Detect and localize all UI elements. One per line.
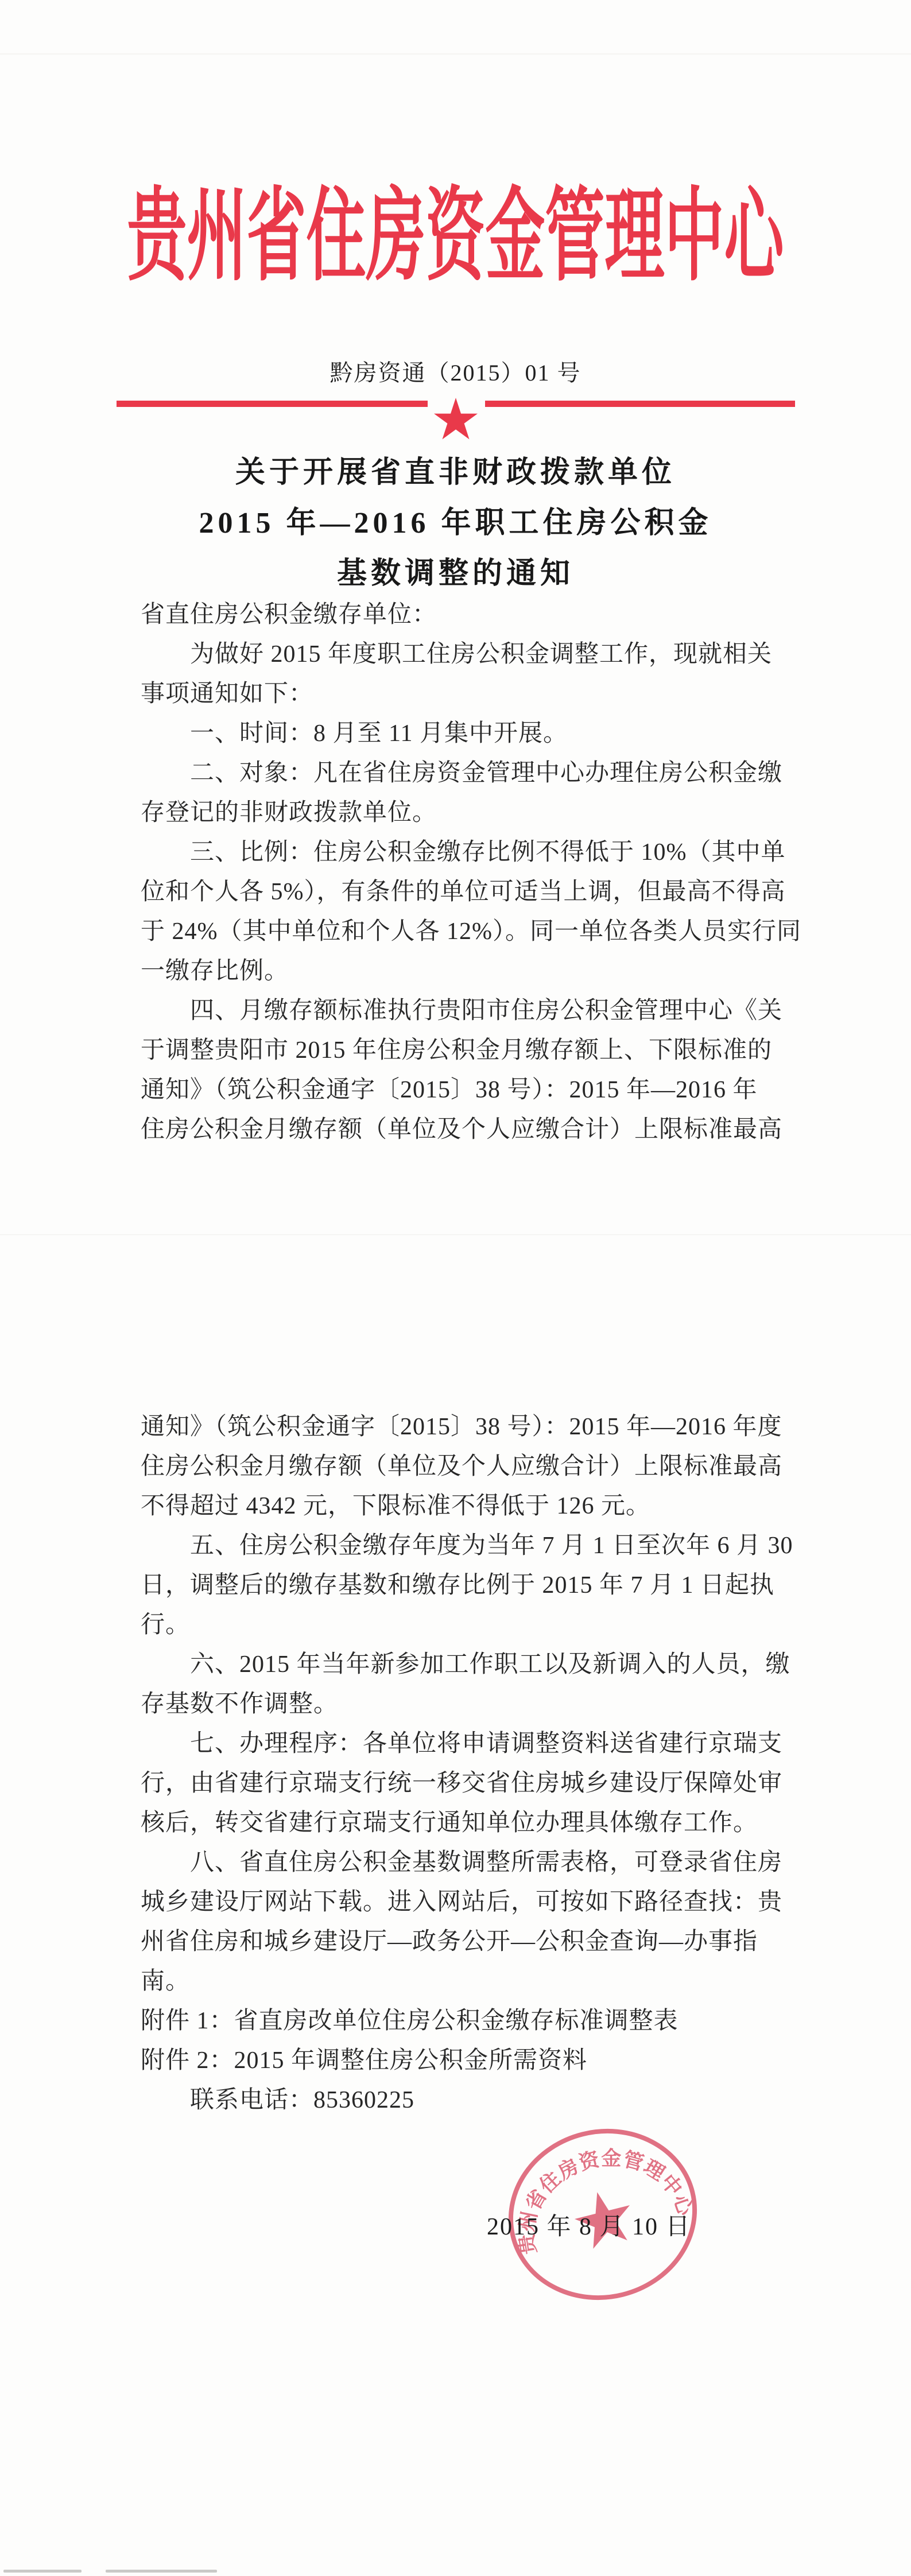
signature-date: 2015 年 8 月 10 日 (487, 2208, 691, 2242)
body-line-item-7-procedure: 七、办理程序：各单位将申请调整资料送省建行京瑞支 (141, 1724, 787, 1764)
red-star-icon (430, 395, 482, 447)
body-line: 事项通知如下： (141, 674, 787, 714)
body-line-item-1-time: 一、时间：8 月至 11 月集中开展。 (141, 714, 787, 754)
body-line: 存基数不作调整。 (141, 1685, 787, 1724)
body-line: 行，由省建行京瑞支行统一移交省住房城乡建设厅保障处审 (141, 1764, 787, 1803)
attachment-2-line: 附件 2：2015 年调整住房公积金所需资料 (141, 2041, 787, 2081)
red-divider-left (117, 401, 428, 407)
body-text-page2: 通知》（筑公积金通字〔2015〕38 号）：2015 年—2016 年度 住房公… (141, 1407, 787, 2120)
body-line: 不得超过 4342 元，下限标准不得低于 126 元。 (141, 1487, 787, 1526)
document-title-line1: 关于开展省直非财政拨款单位 (57, 448, 854, 498)
body-line: 于 24%（其中单位和个人各 12%）。同一单位各类人员实行同 (141, 912, 787, 952)
scan-artifact-line (0, 53, 911, 55)
body-line: 城乡建设厅网站下载。进入网站后，可按如下路径查找：贵 (141, 1883, 787, 1922)
body-line: 通知》（筑公积金通字〔2015〕38 号）：2015 年—2016 年 (141, 1070, 787, 1110)
contact-phone-line: 联系电话：85360225 (141, 2081, 787, 2120)
body-line: 存登记的非财政拨款单位。 (141, 793, 787, 833)
red-divider-right (485, 401, 795, 407)
scan-artifact-smudge (106, 2570, 217, 2573)
salutation-line: 省直住房公积金缴存单位： (141, 595, 787, 635)
scanned-document-page: 贵州省住房资金管理中心 黔房资通（2015）01 号 关于开展省直非财政拨款单位… (0, 0, 911, 2576)
scan-page-seam (0, 1234, 911, 1235)
body-line-item-4-standard: 四、月缴存额标准执行贵阳市住房公积金管理中心《关 (141, 991, 787, 1031)
document-title-line3: 基数调整的通知 (57, 549, 854, 599)
body-line: 行。 (141, 1605, 787, 1645)
body-line-item-5-year: 五、住房公积金缴存年度为当年 7 月 1 日至次年 6 月 30 (141, 1526, 787, 1566)
body-line: 于调整贵阳市 2015 年住房公积金月缴存额上、下限标准的 (141, 1031, 787, 1070)
body-line: 通知》（筑公积金通字〔2015〕38 号）：2015 年—2016 年度 (141, 1407, 787, 1447)
body-line-item-6-newhires: 六、2015 年当年新参加工作职工以及新调入的人员，缴 (141, 1645, 787, 1685)
body-line-item-3-ratio: 三、比例：住房公积金缴存比例不得低于 10%（其中单 (141, 833, 787, 872)
scan-artifact-smudge (3, 2570, 82, 2573)
body-line: 为做好 2015 年度职工住房公积金调整工作，现就相关 (141, 635, 787, 674)
body-line-item-8-forms: 八、省直住房公积金基数调整所需表格，可登录省住房 (141, 1843, 787, 1883)
body-line: 位和个人各 5%），有条件的单位可适当上调，但最高不得高 (141, 872, 787, 912)
body-line: 住房公积金月缴存额（单位及个人应缴合计）上限标准最高 (141, 1110, 787, 1150)
attachment-1-line: 附件 1：省直房改单位住房公积金缴存标准调整表 (141, 2001, 787, 2041)
body-line: 住房公积金月缴存额（单位及个人应缴合计）上限标准最高 (141, 1447, 787, 1487)
body-line: 一缴存比例。 (141, 952, 787, 991)
agency-letterhead-title: 贵州省住房资金管理中心 (124, 150, 787, 325)
body-line: 州省住房和城乡建设厅—政务公开—公积金查询—办事指 (141, 1922, 787, 1962)
body-line: 核后，转交省建行京瑞支行通知单位办理具体缴存工作。 (141, 1803, 787, 1843)
body-line: 南。 (141, 1962, 787, 2001)
document-title-line2: 2015 年—2016 年职工住房公积金 (57, 498, 854, 549)
body-line: 日，调整后的缴存基数和缴存比例于 2015 年 7 月 1 日起执 (141, 1566, 787, 1605)
body-line-item-2-target: 二、对象：凡在省住房资金管理中心办理住房公积金缴 (141, 754, 787, 793)
document-title: 关于开展省直非财政拨款单位 2015 年—2016 年职工住房公积金 基数调整的… (57, 448, 854, 599)
body-text-page1: 省直住房公积金缴存单位： 为做好 2015 年度职工住房公积金调整工作，现就相关… (141, 595, 787, 1150)
document-number: 黔房资通（2015）01 号 (0, 355, 911, 387)
